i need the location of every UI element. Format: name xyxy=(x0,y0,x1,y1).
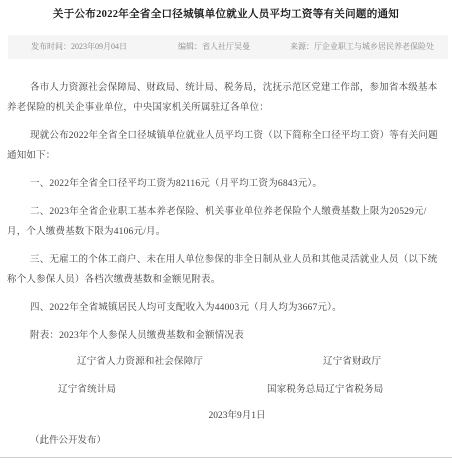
paragraph: 现就公布2022年全省全口径城镇单位就业人员平均工资（以下简称全口径平均工资）等… xyxy=(7,126,448,166)
editor-label: 编辑：省人社厅吴曼 xyxy=(178,35,250,59)
document-page: 关于公布2022年全省全口径城镇单位就业人员平均工资等有关问题的通知 发布时间：… xyxy=(0,0,452,463)
paragraph-line: 一、2022年全省全口径平均工资为82116元（月平均工资为6843元）。 xyxy=(7,174,448,194)
paragraph: 一、2022年全省全口径平均工资为82116元（月平均工资为6843元）。 xyxy=(7,174,448,194)
paragraph: 三、无雇工的个体工商户、未在用人单位参保的非全日制从业人员和其他灵活就业人员（以… xyxy=(7,250,448,290)
paragraph-line: 月，个人缴费基数下限为4106元/月。 xyxy=(7,222,448,242)
document-body: 各市人力资源社会保障局、财政局、统计局、税务局，沈抚示范区党建工作部，参加省本级… xyxy=(7,78,448,354)
bottom-divider xyxy=(0,457,452,458)
paragraph: 四、2022年全省城镇居民人均可支配收入为44003元（月人均为3667元）。 xyxy=(7,298,448,318)
signature: 辽宁省统计局 xyxy=(58,376,116,404)
publish-date: 发布时间：2023年09月04日 xyxy=(31,35,127,59)
paragraph-line: 三、无雇工的个体工商户、未在用人单位参保的非全日制从业人员和其他灵活就业人员（以… xyxy=(7,250,448,270)
paragraph: 二、2023年全省企业职工基本养老保险、机关事业单位养老保险个人缴费基数上限为2… xyxy=(7,202,448,242)
paragraph-line: 称个人参保人员）各档次缴费基数和金额见附表。 xyxy=(7,270,448,290)
paragraph-line: 二、2023年全省企业职工基本养老保险、机关事业单位养老保险个人缴费基数上限为2… xyxy=(7,202,448,222)
paragraph-line: 现就公布2022年全省全口径城镇单位就业人员平均工资（以下简称全口径平均工资）等… xyxy=(7,126,448,146)
document-title: 关于公布2022年全省全口径城镇单位就业人员平均工资等有关问题的通知 xyxy=(0,6,452,21)
source-label: 来源：厅企业职工与城乡居民养老保险处 xyxy=(290,35,434,59)
paragraph-line: 附表：2023年个人参保人员缴费基数和金额情况表 xyxy=(7,326,448,346)
paragraph: 各市人力资源社会保障局、财政局、统计局、税务局，沈抚示范区党建工作部，参加省本级… xyxy=(7,78,448,118)
signature-row: 辽宁省人力资源和社会保障厅辽宁省财政厅 xyxy=(0,348,452,376)
signature-row: 辽宁省统计局国家税务总局辽宁省税务局 xyxy=(0,376,452,404)
signature: 国家税务总局辽宁省税务局 xyxy=(267,376,383,404)
paragraph-line: 养老保险的机关企事业单位，中央国家机关所属驻辽各单位： xyxy=(7,98,448,118)
paragraph-line: 各市人力资源社会保障局、财政局、统计局、税务局，沈抚示范区党建工作部，参加省本级… xyxy=(7,78,448,98)
paragraph: 附表：2023年个人参保人员缴费基数和金额情况表 xyxy=(7,326,448,346)
signature: 辽宁省财政厅 xyxy=(323,348,381,376)
footer-note: （此件公开发布） xyxy=(30,434,106,448)
paragraph-line: 通知如下： xyxy=(7,146,448,166)
document-date: 2023年9月1日 xyxy=(0,406,452,426)
signature-block: 辽宁省人力资源和社会保障厅辽宁省财政厅辽宁省统计局国家税务总局辽宁省税务局 xyxy=(0,348,452,404)
paragraph-line: 四、2022年全省城镇居民人均可支配收入为44003元（月人均为3667元）。 xyxy=(7,298,448,318)
meta-bar: 发布时间：2023年09月04日 编辑：省人社厅吴曼 来源：厅企业职工与城乡居民… xyxy=(8,35,448,59)
signature: 辽宁省人力资源和社会保障厅 xyxy=(77,348,203,376)
